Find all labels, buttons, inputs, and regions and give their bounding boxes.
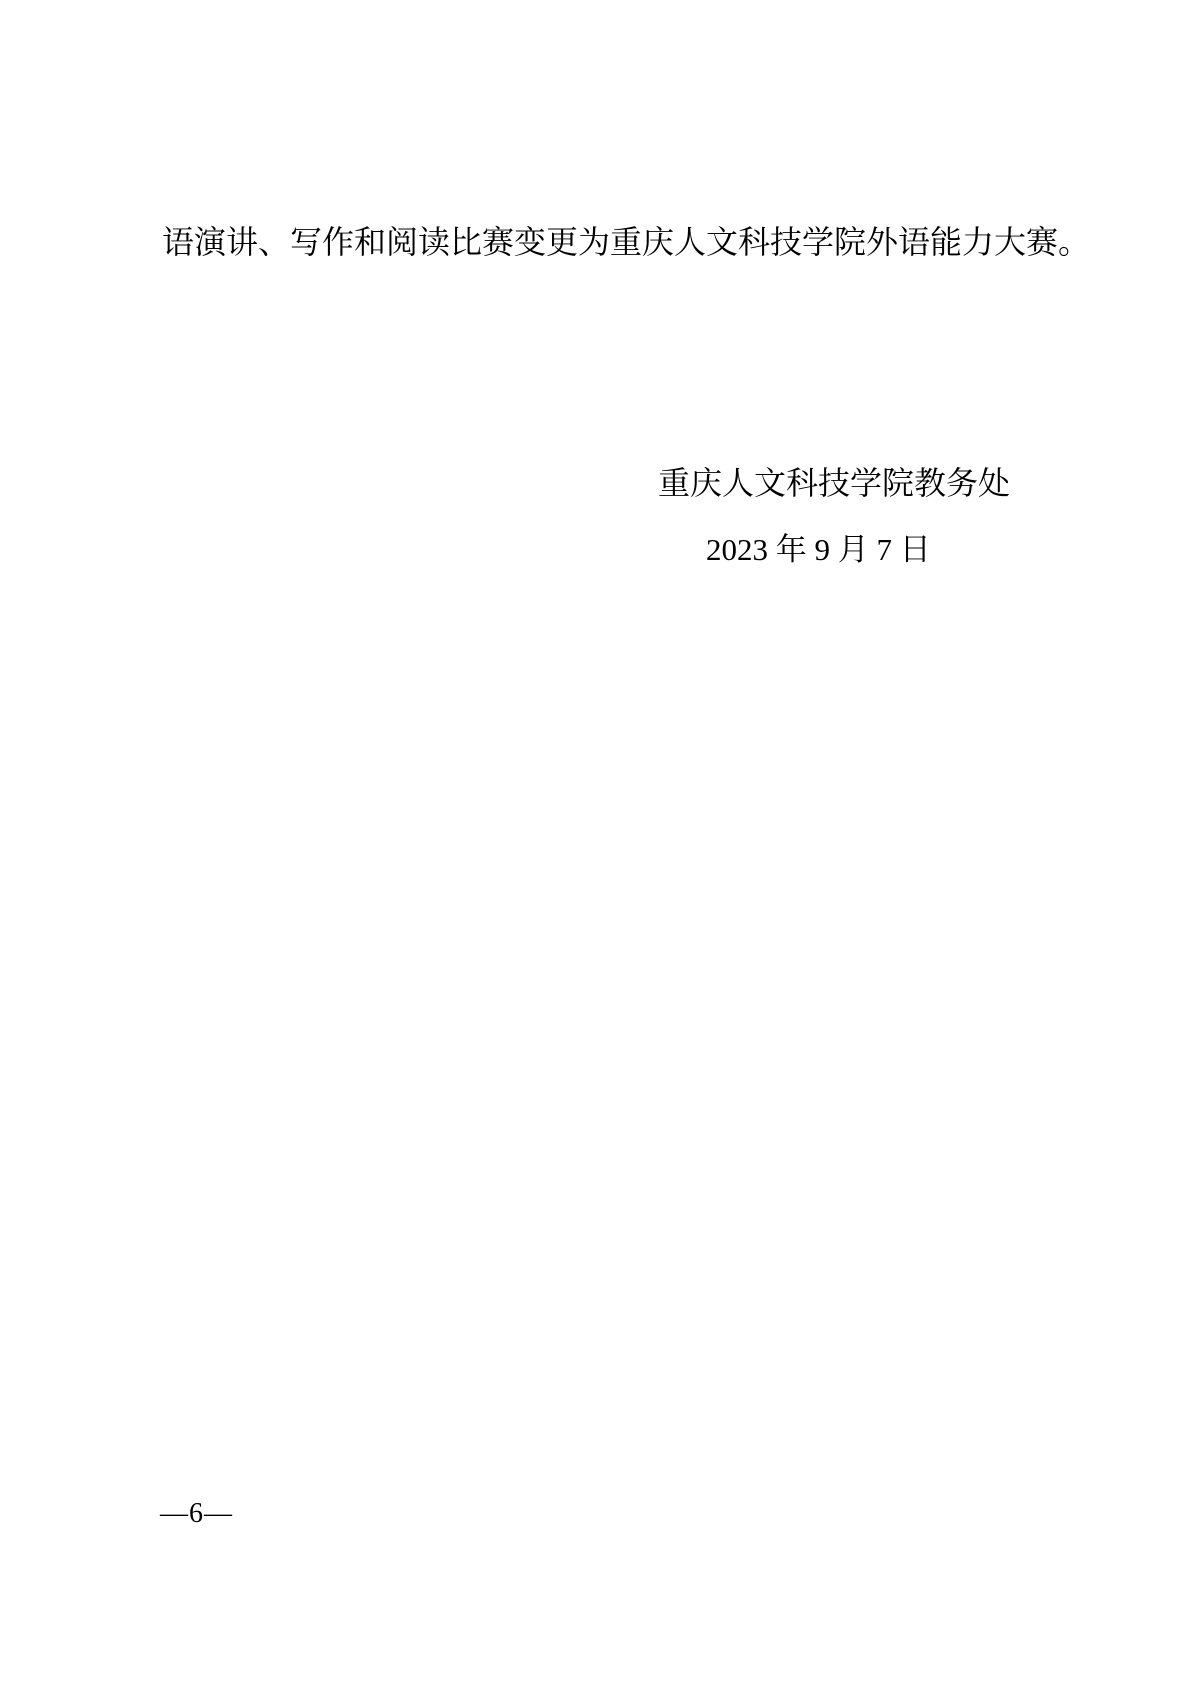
page-number: —6— <box>160 1498 233 1530</box>
signature-line: 重庆人文科技学院教务处 <box>658 458 1010 504</box>
document-page: 语演讲、写作和阅读比赛变更为重庆人文科技学院外语能力大赛。 重庆人文科技学院教务… <box>0 0 1191 1684</box>
date-line: 2023 年 9 月 7 日 <box>706 524 931 569</box>
body-text-line: 语演讲、写作和阅读比赛变更为重庆人文科技学院外语能力大赛。 <box>162 222 1092 264</box>
